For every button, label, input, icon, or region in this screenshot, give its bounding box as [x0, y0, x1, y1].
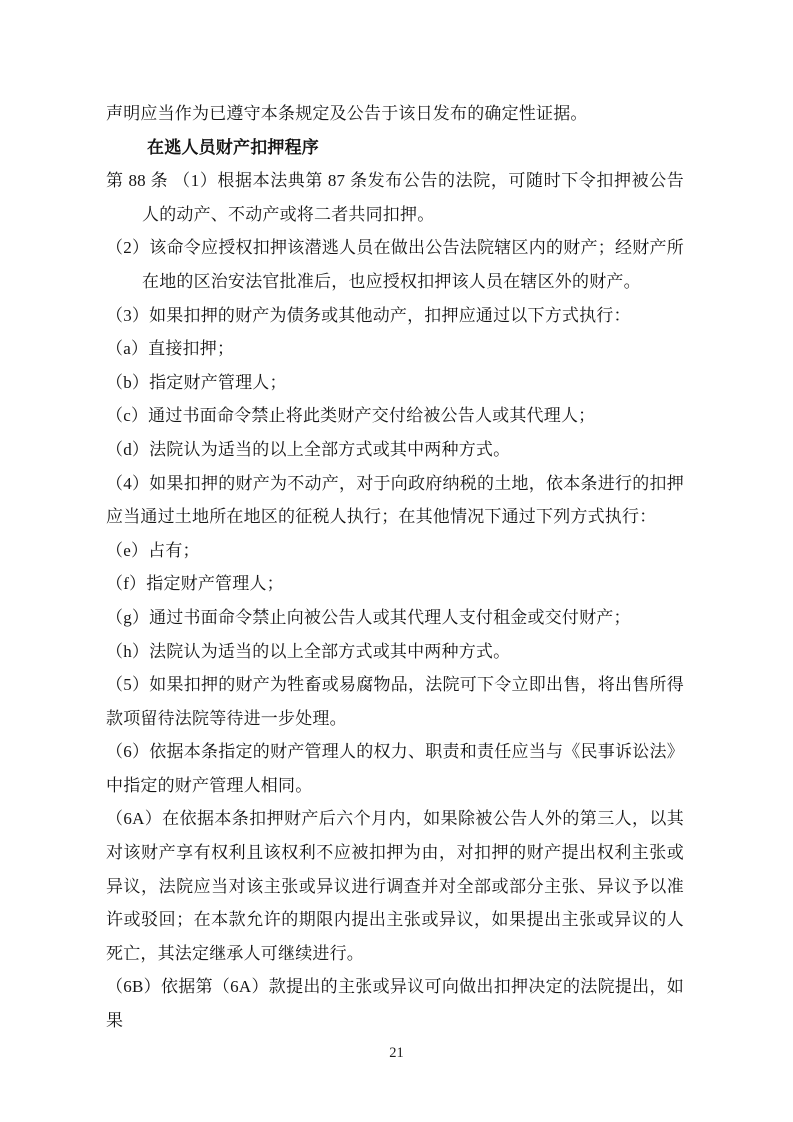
paragraph: （5）如果扣押的财产为牲畜或易腐物品，法院可下令立即出售，将出售所得款项留待法院…: [106, 668, 684, 735]
section-heading: 在逃人员财产扣押程序: [106, 131, 684, 165]
list-item: （a）直接扣押；: [106, 332, 684, 366]
page-number: 21: [389, 1045, 404, 1061]
paragraph: （6B）依据第（6A）款提出的主张或异议可向做出扣押决定的法院提出，如果: [106, 970, 684, 1037]
list-item: （d）法院认为适当的以上全部方式或其中两种方式。: [106, 433, 684, 467]
document-body: 声明应当作为已遵守本条规定及公告于该日发布的确定性证据。在逃人员财产扣押程序第 …: [106, 97, 684, 1038]
document-page: { "page": { "number": "21", "background_…: [0, 0, 793, 1122]
list-item: （g）通过书面命令禁止向被公告人或其代理人支付租金或交付财产；: [106, 601, 684, 635]
paragraph: （3）如果扣押的财产为债务或其他动产，扣押应通过以下方式执行：: [106, 299, 684, 333]
paragraph: （6A）在依据本条扣押财产后六个月内，如果除被公告人外的第三人，以其对该财产享有…: [106, 802, 684, 970]
list-item: （c）通过书面命令禁止将此类财产交付给被公告人或其代理人；: [106, 399, 684, 433]
list-item: （b）指定财产管理人；: [106, 366, 684, 400]
list-item: （e）占有；: [106, 534, 684, 568]
paragraph: （6）依据本条指定的财产管理人的权力、职责和责任应当与《民事诉讼法》中指定的财产…: [106, 735, 684, 802]
paragraph: 第 88 条 （1）根据本法典第 87 条发布公告的法院，可随时下令扣押被公告人…: [106, 164, 684, 231]
page-footer: 21: [0, 1044, 793, 1062]
list-item: （f）指定财产管理人；: [106, 567, 684, 601]
paragraph: 声明应当作为已遵守本条规定及公告于该日发布的确定性证据。: [106, 97, 684, 131]
list-item: （h）法院认为适当的以上全部方式或其中两种方式。: [106, 635, 684, 669]
paragraph: （4）如果扣押的财产为不动产，对于向政府纳税的土地，依本条进行的扣押应当通过土地…: [106, 467, 684, 534]
paragraph: （2）该命令应授权扣押该潜逃人员在做出公告法院辖区内的财产；经财产所在地的区治安…: [106, 231, 684, 298]
